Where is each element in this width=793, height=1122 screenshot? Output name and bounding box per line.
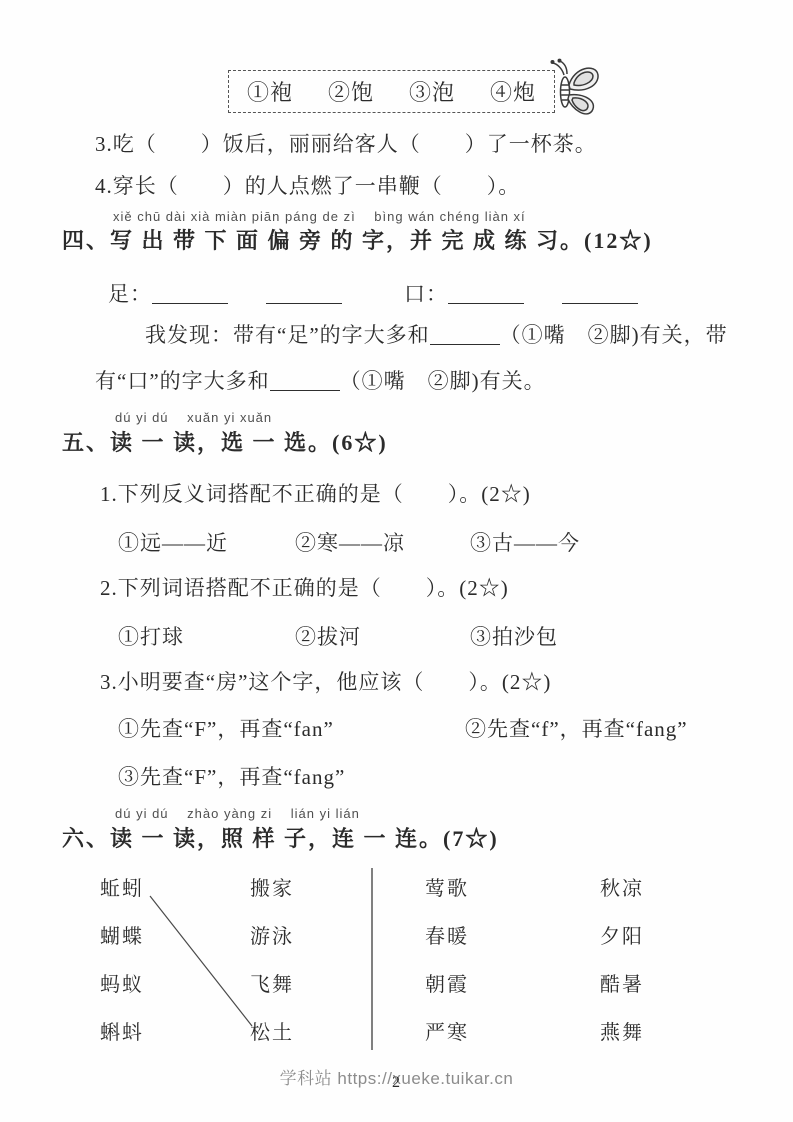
page-number: 2 (392, 1074, 400, 1092)
discover-line-2: 有“口”的字大多和（①嘴 ②脚)有关。 (95, 368, 546, 394)
match-word: 蝴蝶 (100, 924, 144, 950)
option-item: ①打球 (118, 621, 295, 651)
option-item: ①远——近 (118, 527, 295, 557)
five-question-3-options-row1: ①先查“F”，再查“fan” ②先查“f”，再查“fang” (118, 713, 688, 743)
five-question-3-options-row2: ③先查“F”，再查“fang” (118, 761, 345, 791)
match-word: 蚂蚁 (100, 972, 144, 998)
five-question-1: 1.下列反义词搭配不正确的是（ ）。(2☆) (100, 481, 531, 507)
match-word: 秋凉 (600, 876, 644, 902)
section-four-pinyin: xiě chū dài xià miàn piān páng de zì bìn… (113, 209, 526, 224)
answer-blank (448, 285, 524, 304)
option-item: ②拔河 (295, 621, 470, 651)
answer-blank (266, 285, 342, 304)
five-question-2: 2.下列词语搭配不正确的是（ ）。(2☆) (100, 575, 509, 601)
answer-blank (152, 285, 228, 304)
word-bank-option-3: ③泡 (409, 76, 455, 107)
section-six-pinyin: dú yi dú zhào yàng zi lián yi lián (115, 806, 360, 821)
word-bank-option-4: ④炮 (490, 76, 536, 107)
option-item: ③拍沙包 (470, 621, 558, 651)
word-bank-option-2: ②饱 (328, 76, 374, 107)
option-item: ②先查“f”，再查“fang” (465, 713, 688, 743)
answer-blank (562, 285, 638, 304)
match-word: 春暖 (425, 924, 469, 950)
match-word: 莺歌 (425, 876, 469, 902)
answer-blank (270, 372, 340, 391)
match-word: 搬家 (250, 876, 294, 902)
match-word: 游泳 (250, 924, 294, 950)
radical-answer-row: 足：口： (108, 281, 638, 307)
discover-line-1: 我发现：带有“足”的字大多和（①嘴 ②脚)有关，带 (145, 322, 728, 348)
match-word: 松土 (250, 1020, 294, 1046)
section-six-title: 六、读 一 读，照 样 子，连 一 连。(7☆) (62, 825, 499, 853)
option-item: ③古——今 (470, 527, 580, 557)
match-column-left-pairs: 莺歌 春暖 朝霞 严寒 (425, 876, 469, 1068)
answer-blank (430, 326, 500, 345)
section-five-title: 五、读 一 读，选 一 选。(6☆) (62, 429, 388, 457)
section-four-title: 四、写 出 带 下 面 偏 旁 的 字，并 完 成 练 习。(12☆) (62, 227, 653, 255)
match-word: 严寒 (425, 1020, 469, 1046)
option-item: ②寒——凉 (295, 527, 470, 557)
option-item: ①先查“F”，再查“fan” (118, 713, 465, 743)
match-column-actions: 搬家 游泳 飞舞 松土 (250, 876, 294, 1068)
match-word: 蝌蚪 (100, 1020, 144, 1046)
radical-label-mouth: 口： (404, 282, 448, 306)
option-item: ③先查“F”，再查“fang” (118, 761, 345, 791)
match-word: 朝霞 (425, 972, 469, 998)
match-word: 酷暑 (600, 972, 644, 998)
five-question-2-options: ①打球 ②拔河 ③拍沙包 (118, 621, 558, 651)
match-column-right-pairs: 秋凉 夕阳 酷暑 燕舞 (600, 876, 644, 1068)
five-question-3: 3.小明要查“房”这个字，他应该（ ）。(2☆) (100, 669, 551, 695)
five-question-1-options: ①远——近 ②寒——凉 ③古——今 (118, 527, 580, 557)
radical-label-foot: 足： (108, 282, 152, 306)
question-line-4: 4.穿长（ ）的人点燃了一串鞭（ ）。 (95, 173, 520, 199)
worksheet-page: ①袍 ②饱 ③泡 ④炮 3.吃（ ）饭后，丽丽给客人（ ）了一杯茶。 4.穿长（… (0, 0, 793, 1122)
question-line-3: 3.吃（ ）饭后，丽丽给客人（ ）了一杯茶。 (95, 131, 597, 157)
match-column-animals: 蚯蚓 蝴蝶 蚂蚁 蝌蚪 (100, 876, 144, 1068)
match-word: 飞舞 (250, 972, 294, 998)
matching-exercise: 蚯蚓 蝴蝶 蚂蚁 蝌蚪 搬家 游泳 飞舞 松土 莺歌 春暖 朝霞 严寒 秋凉 夕… (88, 860, 710, 1060)
match-word: 蚯蚓 (100, 876, 144, 902)
match-word: 夕阳 (600, 924, 644, 950)
match-word: 燕舞 (600, 1020, 644, 1046)
section-five-pinyin: dú yi dú xuǎn yi xuǎn (115, 410, 272, 425)
word-bank-box: ①袍 ②饱 ③泡 ④炮 (228, 70, 555, 113)
word-bank-option-1: ①袍 (247, 76, 293, 107)
sample-connection-line (150, 896, 252, 1026)
butterfly-icon (548, 58, 602, 120)
